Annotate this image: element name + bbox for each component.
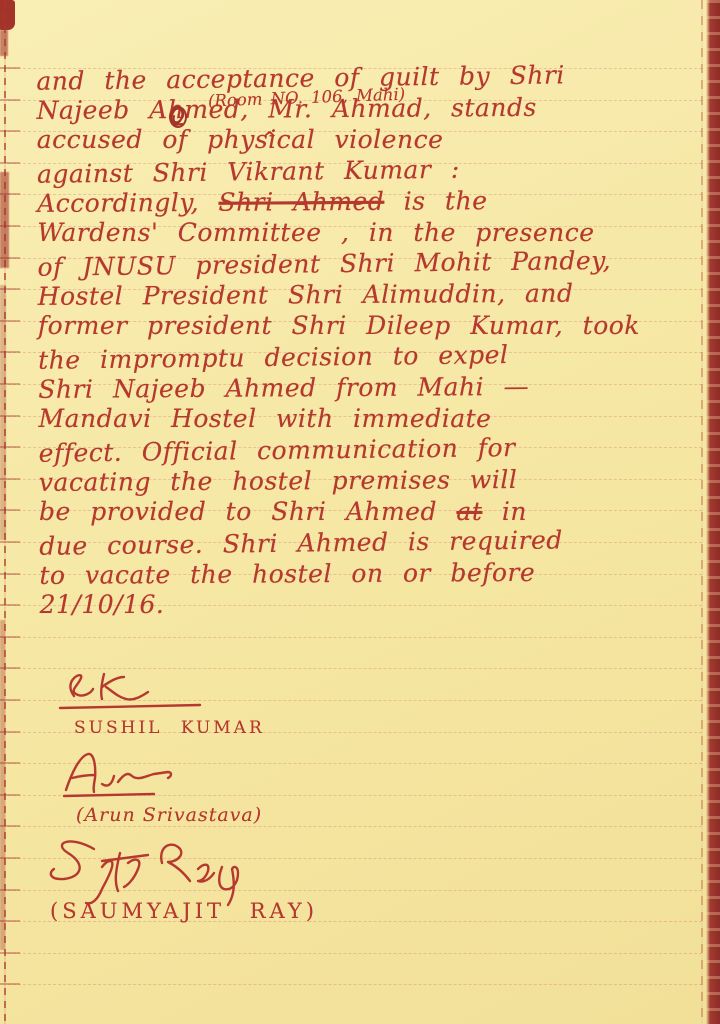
right-binding-edge <box>706 0 720 1024</box>
hand-line: be provided to Shri Ahmed at in <box>39 496 661 527</box>
ruled-line <box>8 984 702 985</box>
notebook-page: and the acceptance of guilt by ShriNajee… <box>0 0 720 1024</box>
signature-block-sushil-kumar: SUSHIL KUMAR <box>58 668 265 738</box>
hand-line: accused of physical violence <box>37 124 659 155</box>
signature-printed-name: (SAUMYAJIT RAY) <box>50 899 318 923</box>
hand-line: Accordingly, Shri Ahmed is the <box>37 184 659 219</box>
ruled-line <box>8 953 702 954</box>
hand-line: Mandavi Hostel with immediate <box>38 403 660 434</box>
hand-line: Wardens' Committee , in the presence <box>37 217 659 248</box>
signature-printed-name: SUSHIL KUMAR <box>74 718 265 738</box>
signature-block-saumyajit-ray: (SAUMYAJIT RAY) <box>40 833 318 923</box>
caret-insertion-mark: ^ <box>262 128 277 149</box>
ink-blot-scribble <box>166 104 190 130</box>
left-edge-smudge <box>0 285 6 540</box>
hand-line: 21/10/16. <box>40 589 662 620</box>
signature-block-arun-srivastava: (Arun Srivastava) <box>62 748 262 826</box>
hand-line: vacating the hostel premises will <box>39 463 661 498</box>
handwritten-body-text: and the acceptance of guilt by ShriNajee… <box>36 60 661 622</box>
hand-line: Hostel President Shri Alimuddin, and <box>38 277 660 312</box>
signature-scrawl <box>58 668 208 712</box>
hand-line: Shri Najeeb Ahmed from Mahi — <box>38 370 660 405</box>
corner-stamp-mark <box>0 0 15 30</box>
ruled-line <box>8 826 702 827</box>
hand-line: to vacate the hostel on or before <box>39 556 661 591</box>
left-edge-smudge <box>0 172 9 268</box>
ruled-line <box>8 637 702 638</box>
right-edge-line <box>701 0 703 1024</box>
signature-scrawl <box>62 748 182 798</box>
left-edge-smudge <box>0 620 5 950</box>
signature-printed-name: (Arun Srivastava) <box>76 804 262 826</box>
hand-line: former president Shri Dileep Kumar, took <box>38 310 660 341</box>
